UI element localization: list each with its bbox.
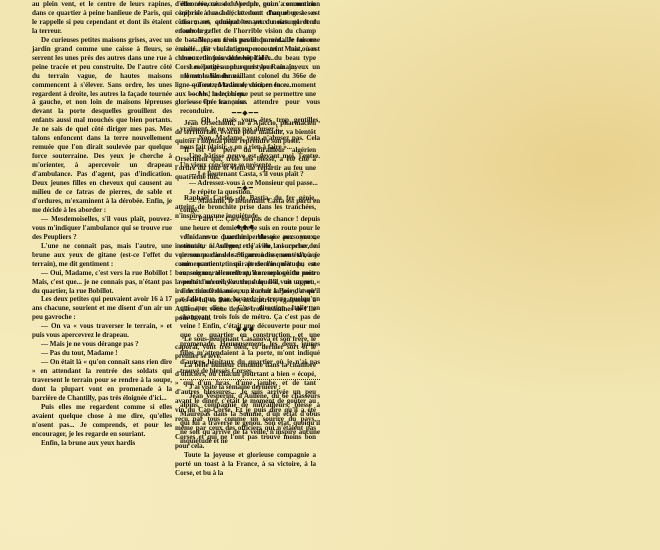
- paragraph: Jean Orsechioni, né à Ajaccio, pharmacie…: [175, 119, 316, 146]
- ornament-separator: ━━◆━━: [175, 109, 316, 117]
- paragraph: Puis elles me regardent comme si elles a…: [32, 403, 172, 439]
- ornament-separator: ━◆━: [175, 184, 316, 192]
- ornament-separator: ◆◆◆: [175, 325, 316, 333]
- paragraph: Les deux petites qui peuvaient avoir 16 …: [32, 295, 172, 322]
- ornament-separator: ◆◆◆: [175, 223, 316, 231]
- newspaper-page: au plein vent, et le centre de leurs rap…: [0, 0, 660, 550]
- paragraph: Enfin, la brune aux yeux hardis: [32, 439, 172, 448]
- paragraph: — Oui, Madame, c'est vers la rue Bobillo…: [32, 269, 172, 296]
- paragraph: au plein vent, et le centre de leurs rap…: [32, 0, 172, 36]
- paragraph: — On va « vous traverser le terrain, » e…: [32, 322, 172, 340]
- paragraph: — On était là « qu'on connaît sans rien …: [32, 358, 172, 403]
- paragraph: J'ai revu Lucchini, blessé aux yeux, ins…: [175, 233, 316, 323]
- paragraph: Raphaël Carles, de Bastia, du fer génie,…: [175, 194, 316, 221]
- paragraph: De curieuses petites maisons grises, ave…: [32, 36, 172, 215]
- paragraph: Le sous-lieutenant Casanova et son frère…: [175, 335, 316, 362]
- paragraph: — Pas du tout, Madame !: [32, 349, 172, 358]
- paragraph: — Mais je ne vous dérange pas ?: [32, 340, 172, 349]
- column-1: au plein vent, et le centre de leurs rap…: [32, 0, 172, 448]
- column-3: d'être évacué de Verdun pour commotion c…: [175, 0, 316, 478]
- paragraph: Il est le père du tirailleur algérien Or…: [175, 146, 316, 182]
- paragraph: La belle humeur continue dans la chambre…: [175, 361, 316, 451]
- paragraph: Il est le fils du vaillant colonel du 36…: [175, 72, 316, 108]
- paragraph: d'être évacué de Verdun pour commotion c…: [175, 0, 316, 72]
- paragraph: — Mesdemoiselles, s'il vous plaît, pouve…: [32, 215, 172, 242]
- paragraph: Toute la joyeuse et glorieuse compagnie …: [175, 451, 316, 478]
- paragraph: L'une ne connaît pas, mais l'autre, une …: [32, 242, 172, 269]
